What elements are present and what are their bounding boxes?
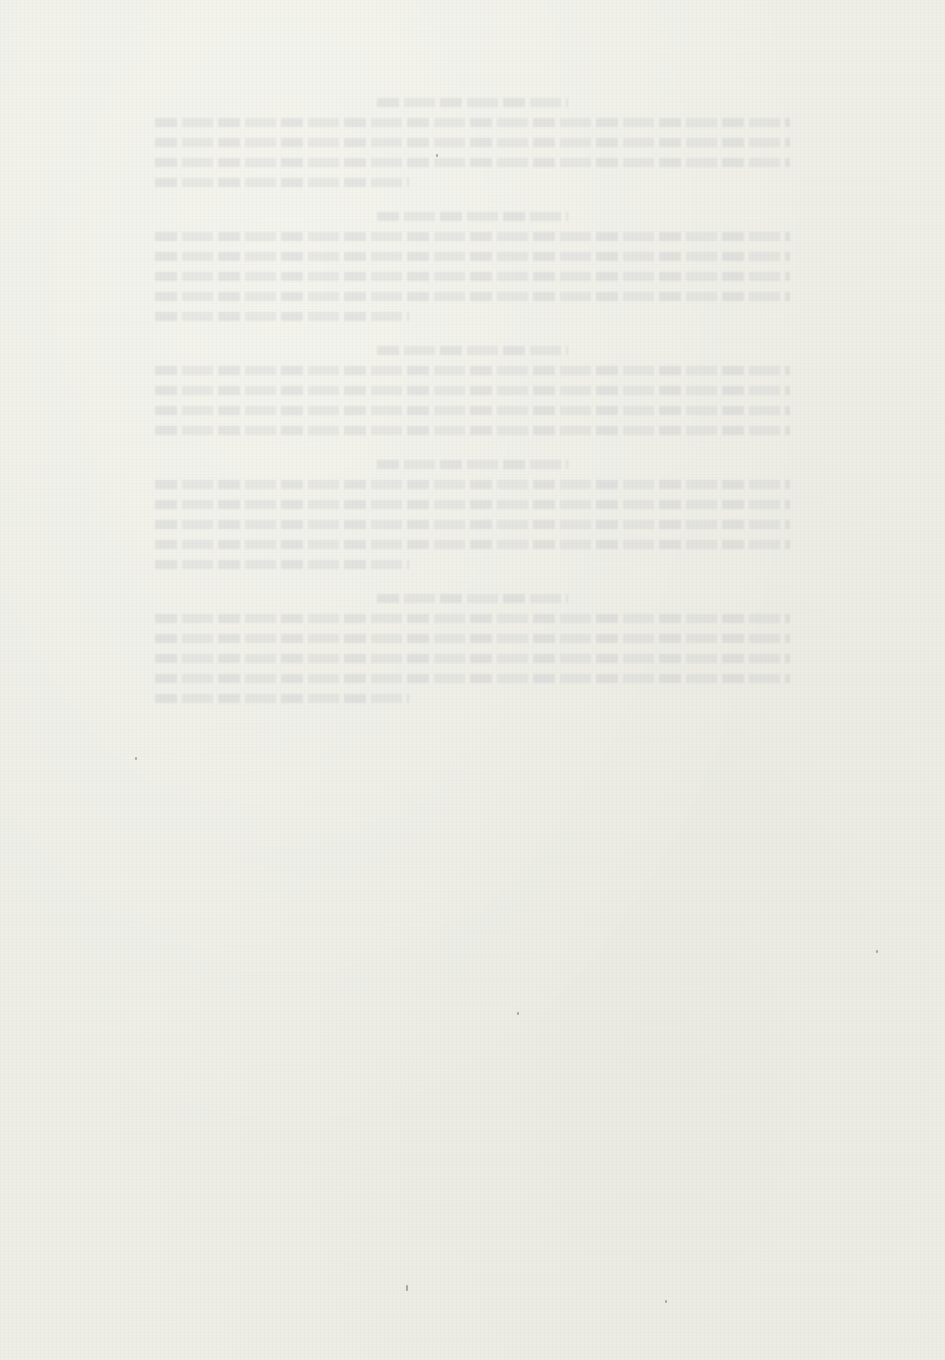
show-through-text-block bbox=[155, 98, 790, 714]
paper-speck bbox=[517, 1012, 519, 1015]
paper-speck bbox=[665, 1300, 667, 1303]
paper-speck bbox=[135, 757, 137, 760]
paper-speck bbox=[436, 154, 438, 157]
paper-speck bbox=[876, 950, 878, 953]
paper-speck bbox=[406, 1285, 408, 1291]
scanned-blank-page bbox=[0, 0, 945, 1360]
